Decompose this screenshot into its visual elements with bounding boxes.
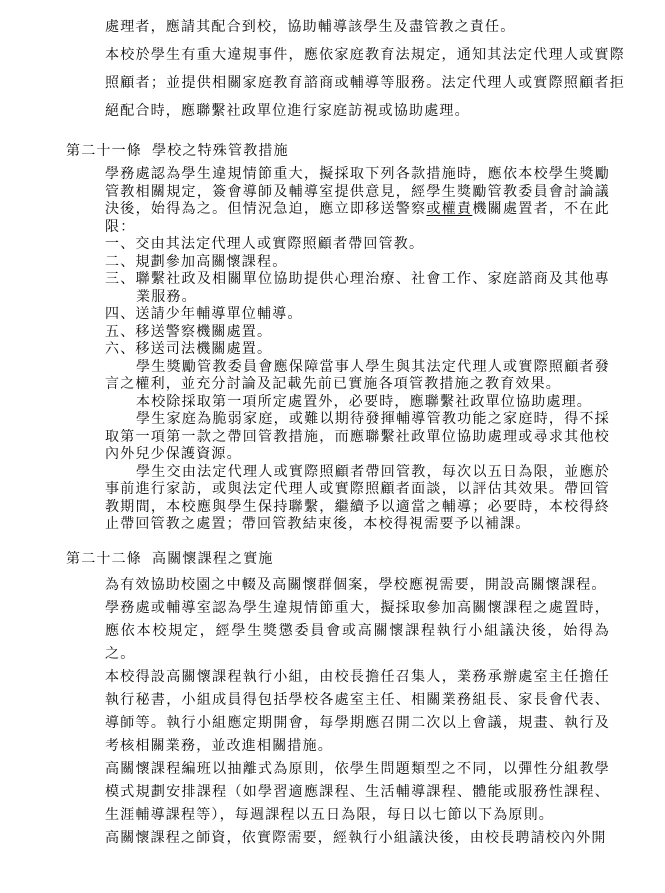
body-paragraph: 高關懷課程編班以抽離式為原則，依學生問題類型之不同，以彈性分組教學模式規劃安排課…: [105, 758, 610, 827]
body-paragraph: 學生交由法定代理人或實際照顧者帶回管教，每次以五日為限，並應於事前進行家訪，或與…: [105, 464, 610, 534]
item-marker: 二、: [105, 255, 135, 270]
item-marker: 六、: [105, 342, 135, 357]
article-21-heading: 第二十一條學校之特殊管教措施: [66, 142, 665, 162]
body-paragraph: 高關懷課程之師資，依實際需要，經執行小組議決後，由校長聘請校內外開: [105, 827, 610, 850]
list-item: 六、移送司法機關處置。: [105, 341, 610, 359]
body-paragraph: 本校得設高關懷課程執行小組，由校長擔任召集人，業務承辦處室主任擔任執行秘書，小組…: [105, 666, 610, 758]
item-text: 移送警察機關處置。: [135, 325, 272, 340]
item-marker: 四、: [105, 307, 135, 322]
article-number: 第二十一條: [66, 144, 142, 159]
item-text: 移送司法機關處置。: [135, 342, 272, 357]
article-22-body: 為有效協助校園之中輟及高關懷群個案，學校應視需要，開設高關懷課程。 學務處或輔導…: [105, 574, 610, 850]
item-text: 聯繫社政及相關單位協助提供心理治療、社會工作、家庭諮商及其他專業服務。: [136, 272, 610, 305]
intro-block: 處理者，應請其配合到校，協助輔導該學生及盡管教之責任。 本校於學生有重大違規事件…: [105, 0, 625, 126]
body-paragraph: 學務處或輔導室認為學生違規情節重大，擬採取參加高關懷課程之處置時，應依本校規定，…: [105, 597, 610, 666]
list-item: 三、聯繫社政及相關單位協助提供心理治療、社會工作、家庭諮商及其他專業服務。: [105, 271, 610, 306]
article-21-body: 學務處認為學生違規情節重大，擬採取下列各款措施時，應依本校學生獎勵管教相關規定，…: [105, 166, 610, 534]
body-paragraph: 學務處認為學生違規情節重大，擬採取下列各款措施時，應依本校學生獎勵管教相關規定，…: [105, 166, 610, 236]
article-number: 第二十二條: [66, 552, 142, 567]
list-item: 五、移送警察機關處置。: [105, 324, 610, 342]
article-title: 高關懷課程之實施: [152, 552, 274, 567]
list-item: 二、規劃參加高關懷課程。: [105, 254, 610, 272]
list-item: 四、送請少年輔導單位輔導。: [105, 306, 610, 324]
item-marker: 一、: [105, 237, 135, 252]
list-item: 一、交由其法定代理人或實際照顧者帶回管教。: [105, 236, 610, 254]
article-22: 第二十二條高關懷課程之實施 為有效協助校園之中輟及高關懷群個案，學校應視需要，開…: [0, 550, 665, 850]
item-marker: 三、: [105, 272, 136, 287]
body-paragraph: 為有效協助校園之中輟及高關懷群個案，學校應視需要，開設高關懷課程。: [105, 574, 610, 597]
document-page: 處理者，應請其配合到校，協助輔導該學生及盡管教之責任。 本校於學生有重大違規事件…: [0, 0, 665, 893]
intro-paragraph: 本校於學生有重大違規事件，應依家庭教育法規定，通知其法定代理人或實際照顧者；並提…: [105, 42, 625, 126]
article-title: 學校之特殊管教措施: [152, 144, 289, 159]
underlined-text-segment: 或權責: [426, 202, 472, 217]
article-21: 第二十一條學校之特殊管教措施 學務處認為學生違規情節重大，擬採取下列各款措施時，…: [0, 142, 665, 534]
article-22-heading: 第二十二條高關懷課程之實施: [66, 550, 665, 570]
body-paragraph: 學生家庭為脆弱家庭，或難以期待發揮輔導管教功能之家庭時，得不採取第一項第一款之帶…: [105, 411, 610, 464]
item-marker: 五、: [105, 325, 135, 340]
body-paragraph: 學生獎勵管教委員會應保障當事人學生與其法定代理人或實際照顧者發言之權利，並充分討…: [105, 359, 610, 394]
item-text: 送請少年輔導單位輔導。: [135, 307, 302, 322]
body-paragraph: 本校除採取第一項所定處置外，必要時，應聯繫社政單位協助處理。: [105, 394, 610, 412]
intro-paragraph: 處理者，應請其配合到校，協助輔導該學生及盡管教之責任。: [105, 14, 625, 42]
item-text: 規劃參加高關懷課程。: [135, 255, 287, 270]
item-text: 交由其法定代理人或實際照顧者帶回管教。: [135, 237, 424, 252]
